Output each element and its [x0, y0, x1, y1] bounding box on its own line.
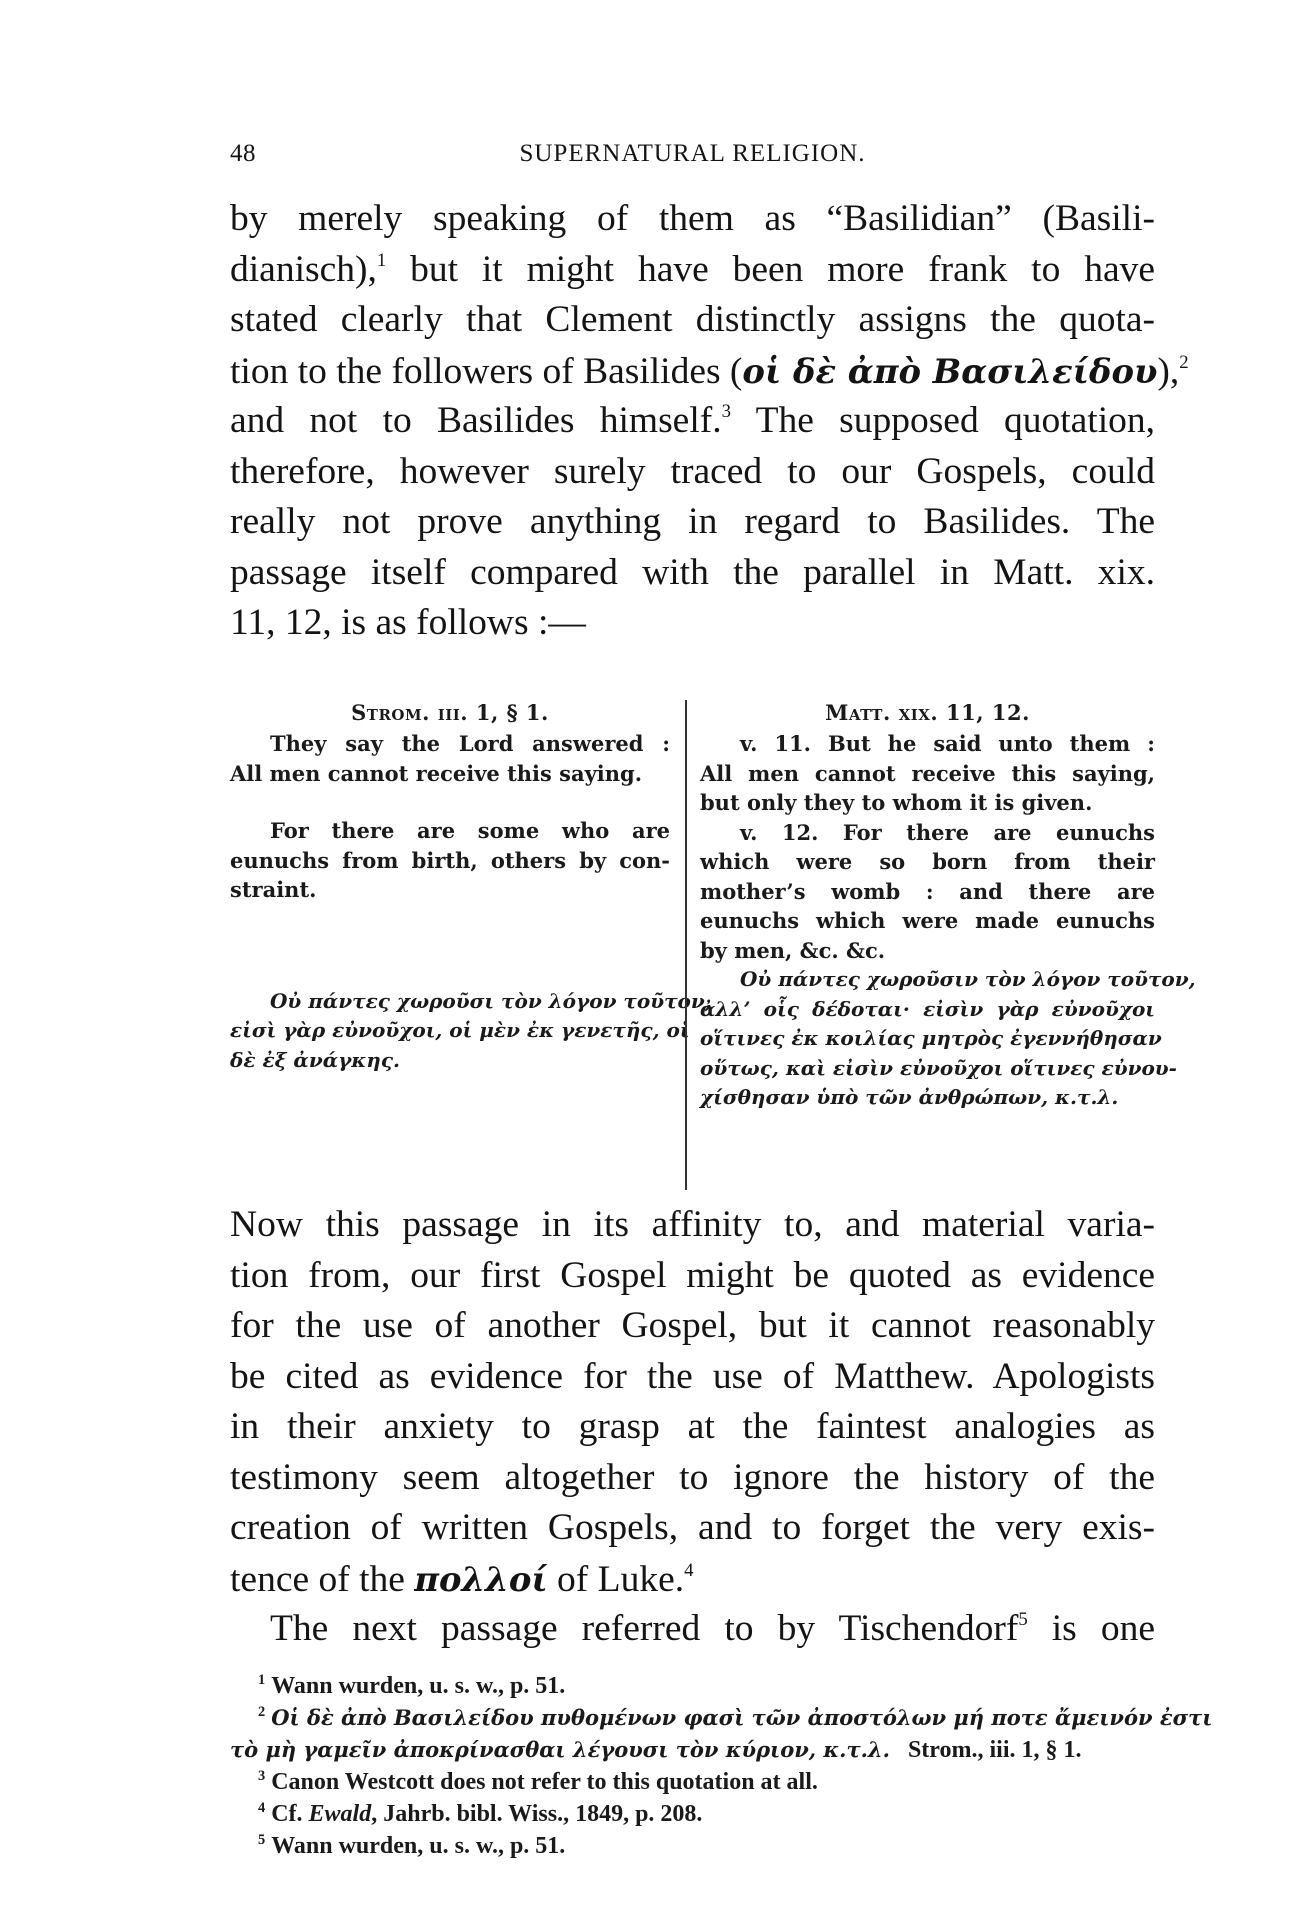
column-line: by men, &c. &c.	[700, 936, 1155, 966]
text-line: really not prove anything in regard to B…	[230, 497, 1155, 548]
greek-line: οὕτως, καὶ εἰσὶν εὐνοῦχοι οἵτινες εὐνου-	[700, 1054, 1155, 1084]
column-line: v. 12. For there are eunuchs	[700, 818, 1155, 848]
column-line: v. 11. But he said unto them :	[700, 729, 1155, 759]
greek-line: Οὐ πάντες χωροῦσι τὸν λόγον τοῦτον,	[230, 987, 670, 1017]
footnote-2: 2Οἱ δὲ ἀπὸ Βασιλείδου πυθομένων φασὶ τῶν…	[230, 1702, 1155, 1734]
column-line: straint.	[230, 875, 670, 905]
text-line: stated clearly that Clement distinctly a…	[230, 295, 1155, 346]
column-line: but only they to whom it is given.	[700, 788, 1155, 818]
column-line: For there are some who are	[230, 816, 670, 846]
text-line: be cited as evidence for the use of Matt…	[230, 1352, 1155, 1403]
running-title: SUPERNATURAL RELIGION.	[230, 140, 1155, 168]
running-head: 48 SUPERNATURAL RELIGION.	[230, 140, 1155, 174]
text-line: and not to Basilides himself.3 The suppo…	[230, 396, 1155, 447]
greek-line: ἀλλ’ οἷς δέδοται· εἰσὶν γὰρ εὐνοῦχοι	[700, 995, 1155, 1025]
greek-line: δὲ ἐξ ἀνάγκης.	[230, 1046, 670, 1076]
footnote-1: 1Wann wurden, u. s. w., p. 51.	[230, 1670, 1155, 1702]
footnote-5: 5Wann wurden, u. s. w., p. 51.	[230, 1830, 1155, 1862]
text-line: creation of written Gospels, and to forg…	[230, 1503, 1155, 1554]
footnote-4: 4Cf. Ewald, Jahrb. bibl. Wiss., 1849, p.…	[230, 1798, 1155, 1830]
column-matthew: Matt. xix. 11, 12. v. 11. But he said un…	[700, 700, 1155, 1113]
column-line: All men cannot receive this saying,	[700, 759, 1155, 789]
column-line: eunuchs from birth, others by con-	[230, 846, 670, 876]
greek-line: Οὐ πάντες χωροῦσιν τὸν λόγον τοῦτον,	[700, 965, 1155, 995]
greek-line: εἰσὶ γὰρ εὐνοῦχοι, οἱ μὲν ἐκ γενετῆς, οἱ	[230, 1016, 670, 1046]
text-line: The next passage referred to by Tischend…	[230, 1604, 1155, 1655]
text-line: tence of the πολλοί of Luke.4	[230, 1554, 1155, 1605]
text-line: testimony seem altogether to ignore the …	[230, 1453, 1155, 1504]
footnote-ref[interactable]: 1	[377, 250, 386, 271]
column-strom: Strom. iii. 1, § 1. They say the Lord an…	[230, 700, 670, 1075]
footnotes: 1Wann wurden, u. s. w., p. 51. 2Οἱ δὲ ἀπ…	[230, 1670, 1155, 1862]
paragraph-1: by merely speaking of them as “Basilidia…	[230, 194, 1155, 649]
paragraph-2: Now this passage in its affinity to, and…	[230, 1200, 1155, 1604]
footnote-ref[interactable]: 4	[684, 1560, 693, 1581]
text-line: in their anxiety to grasp at the faintes…	[230, 1402, 1155, 1453]
column-divider	[685, 700, 687, 1190]
footnote-2-continued: τὸ μὴ γαμεῖν ἀποκρίνασθαι λέγουσι τὸν κύ…	[230, 1734, 1155, 1766]
paragraph-3: The next passage referred to by Tischend…	[230, 1604, 1155, 1655]
column-line: eunuchs which were made eunuchs	[700, 906, 1155, 936]
column-heading-strom: Strom. iii. 1, § 1.	[230, 700, 670, 729]
text-line: 11, 12, is as follows :—	[230, 598, 1155, 649]
footnote-ref[interactable]: 2	[1179, 352, 1188, 373]
book-page: 48 SUPERNATURAL RELIGION. by merely spea…	[0, 0, 1292, 1925]
text-line: therefore, however surely traced to our …	[230, 447, 1155, 498]
greek-line: χίσθησαν ὑπὸ τῶν ἀνθρώπων, κ.τ.λ.	[700, 1083, 1155, 1113]
greek-phrase: οἱ δὲ ἀπὸ Βασιλείδου	[742, 351, 1157, 391]
greek-word: πολλοί	[414, 1559, 547, 1599]
text-line: tion from, our first Gospel might be quo…	[230, 1251, 1155, 1302]
text-line: dianisch),1 but it might have been more …	[230, 245, 1155, 296]
column-heading-matthew: Matt. xix. 11, 12.	[700, 700, 1155, 729]
footnote-3: 3Canon Westcott does not refer to this q…	[230, 1766, 1155, 1798]
greek-line: οἵτινες ἐκ κοιλίας μητρὸς ἐγεννήθησαν	[700, 1024, 1155, 1054]
footnote-ref[interactable]: 3	[722, 401, 731, 422]
text-line: tion to the followers of Basilides (οἱ δ…	[230, 346, 1155, 397]
column-line: All men cannot receive this saying.	[230, 759, 670, 789]
text-line: passage itself compared with the paralle…	[230, 548, 1155, 599]
column-line: They say the Lord answered :	[230, 729, 670, 759]
footnote-ref[interactable]: 5	[1018, 1609, 1027, 1630]
text-line: for the use of another Gospel, but it ca…	[230, 1301, 1155, 1352]
parallel-comparison: Strom. iii. 1, § 1. They say the Lord an…	[230, 700, 1155, 1190]
column-line: which were so born from their	[700, 847, 1155, 877]
text-line: Now this passage in its affinity to, and…	[230, 1200, 1155, 1251]
text-line: by merely speaking of them as “Basilidia…	[230, 194, 1155, 245]
column-line: mother’s womb : and there are	[700, 877, 1155, 907]
